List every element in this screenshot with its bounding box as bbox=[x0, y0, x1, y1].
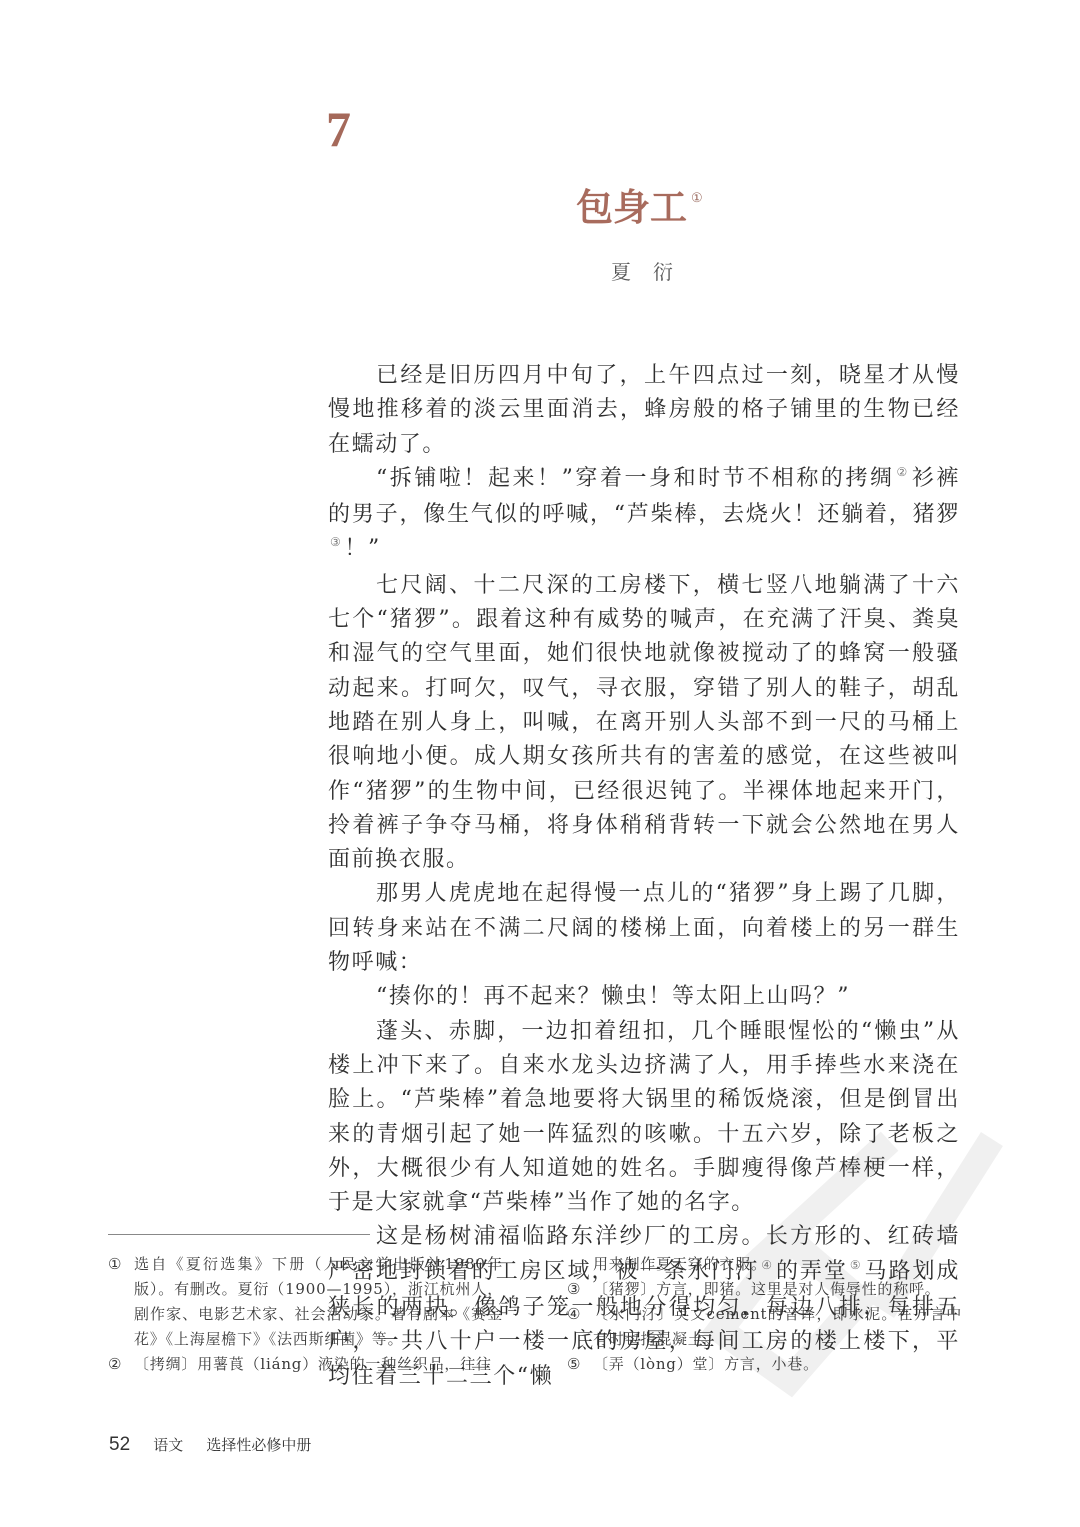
footnote-item: ① 选自《夏衍选集》下册（人民文学出版社1980年版）。有删改。夏衍（1900—… bbox=[108, 1252, 503, 1352]
paragraph: “拆铺啦！起来！”穿着一身和时节不相称的拷绸②衫裤的男子，像生气似的呼喊，“芦柴… bbox=[328, 462, 960, 569]
book-volume: 选择性必修中册 bbox=[206, 1436, 311, 1454]
footnote-item: ③ 〔猪猡〕方言，即猪。这里是对人侮辱性的称呼。 bbox=[567, 1277, 962, 1302]
footnote-continuation: 用来制作夏天穿的衣服。 bbox=[567, 1252, 962, 1277]
footnotes-column-left: ① 选自《夏衍选集》下册（人民文学出版社1980年版）。有删改。夏衍（1900—… bbox=[108, 1252, 503, 1377]
paragraph: 那男人虎虎地在起得慢一点儿的“猪猡”身上踢了几脚，回转身来站在不满二尺阔的楼梯上… bbox=[328, 877, 960, 980]
article-title: 包身工① bbox=[576, 184, 703, 240]
footnote-text: 〔弄（lòng）堂〕方言，小巷。 bbox=[593, 1352, 962, 1377]
footnote-number: ① bbox=[108, 1252, 134, 1352]
article-body: 已经是旧历四月中旬了，上午四点过一刻，晓星才从慢慢地推移着的淡云里面消去，蜂房般… bbox=[328, 359, 960, 1394]
page-number: 52 bbox=[109, 1434, 130, 1455]
footnote-divider bbox=[108, 1234, 370, 1235]
footnote-number: ② bbox=[108, 1352, 134, 1377]
footnote-item: ④ 〔水门汀〕英文cement的音译，即水泥。在方言中有时也指混凝土。 bbox=[567, 1302, 962, 1352]
footnote-number: ④ bbox=[567, 1302, 593, 1352]
author-name: 夏衍 bbox=[611, 259, 695, 285]
lesson-number: 7 bbox=[326, 104, 351, 154]
paragraph: 已经是旧历四月中旬了，上午四点过一刻，晓星才从慢慢地推移着的淡云里面消去，蜂房般… bbox=[328, 359, 960, 462]
footnote-text: 〔猪猡〕方言，即猪。这里是对人侮辱性的称呼。 bbox=[593, 1277, 962, 1302]
footnote-number: ③ bbox=[567, 1277, 593, 1302]
footnote-ref[interactable]: ③ bbox=[330, 535, 342, 549]
book-subject: 语文 bbox=[153, 1436, 183, 1454]
footnote-number: ⑤ bbox=[567, 1352, 593, 1377]
paragraph: 蓬头、赤脚，一边扣着纽扣，几个睡眼惺忪的“懒虫”从楼上冲下来了。自来水龙头边挤满… bbox=[328, 1015, 960, 1221]
title-text: 包身工 bbox=[576, 185, 687, 229]
footnote-item: ⑤ 〔弄（lòng）堂〕方言，小巷。 bbox=[567, 1352, 962, 1377]
paragraph: “揍你的！再不起来？懒虫！等太阳上山吗？” bbox=[328, 980, 960, 1014]
footnote-item: ② 〔拷绸〕用薯莨（liáng）液染的一种丝织品，往往 bbox=[108, 1352, 503, 1377]
page-footer: 52 语文 选择性必修中册 bbox=[109, 1434, 311, 1456]
footnote-ref[interactable]: ② bbox=[897, 465, 910, 479]
footnote-text: 选自《夏衍选集》下册（人民文学出版社1980年版）。有删改。夏衍（1900—19… bbox=[134, 1252, 503, 1352]
footnotes-column-right: 用来制作夏天穿的衣服。 ③ 〔猪猡〕方言，即猪。这里是对人侮辱性的称呼。 ④ 〔… bbox=[567, 1252, 962, 1377]
footnote-text: 〔水门汀〕英文cement的音译，即水泥。在方言中有时也指混凝土。 bbox=[593, 1302, 962, 1352]
title-footnote-marker[interactable]: ① bbox=[691, 191, 703, 206]
paragraph: 七尺阔、十二尺深的工房楼下，横七竖八地躺满了十六七个“猪猡”。跟着这种有威势的喊… bbox=[328, 569, 960, 878]
footnote-text: 〔拷绸〕用薯莨（liáng）液染的一种丝织品，往往 bbox=[134, 1352, 503, 1377]
